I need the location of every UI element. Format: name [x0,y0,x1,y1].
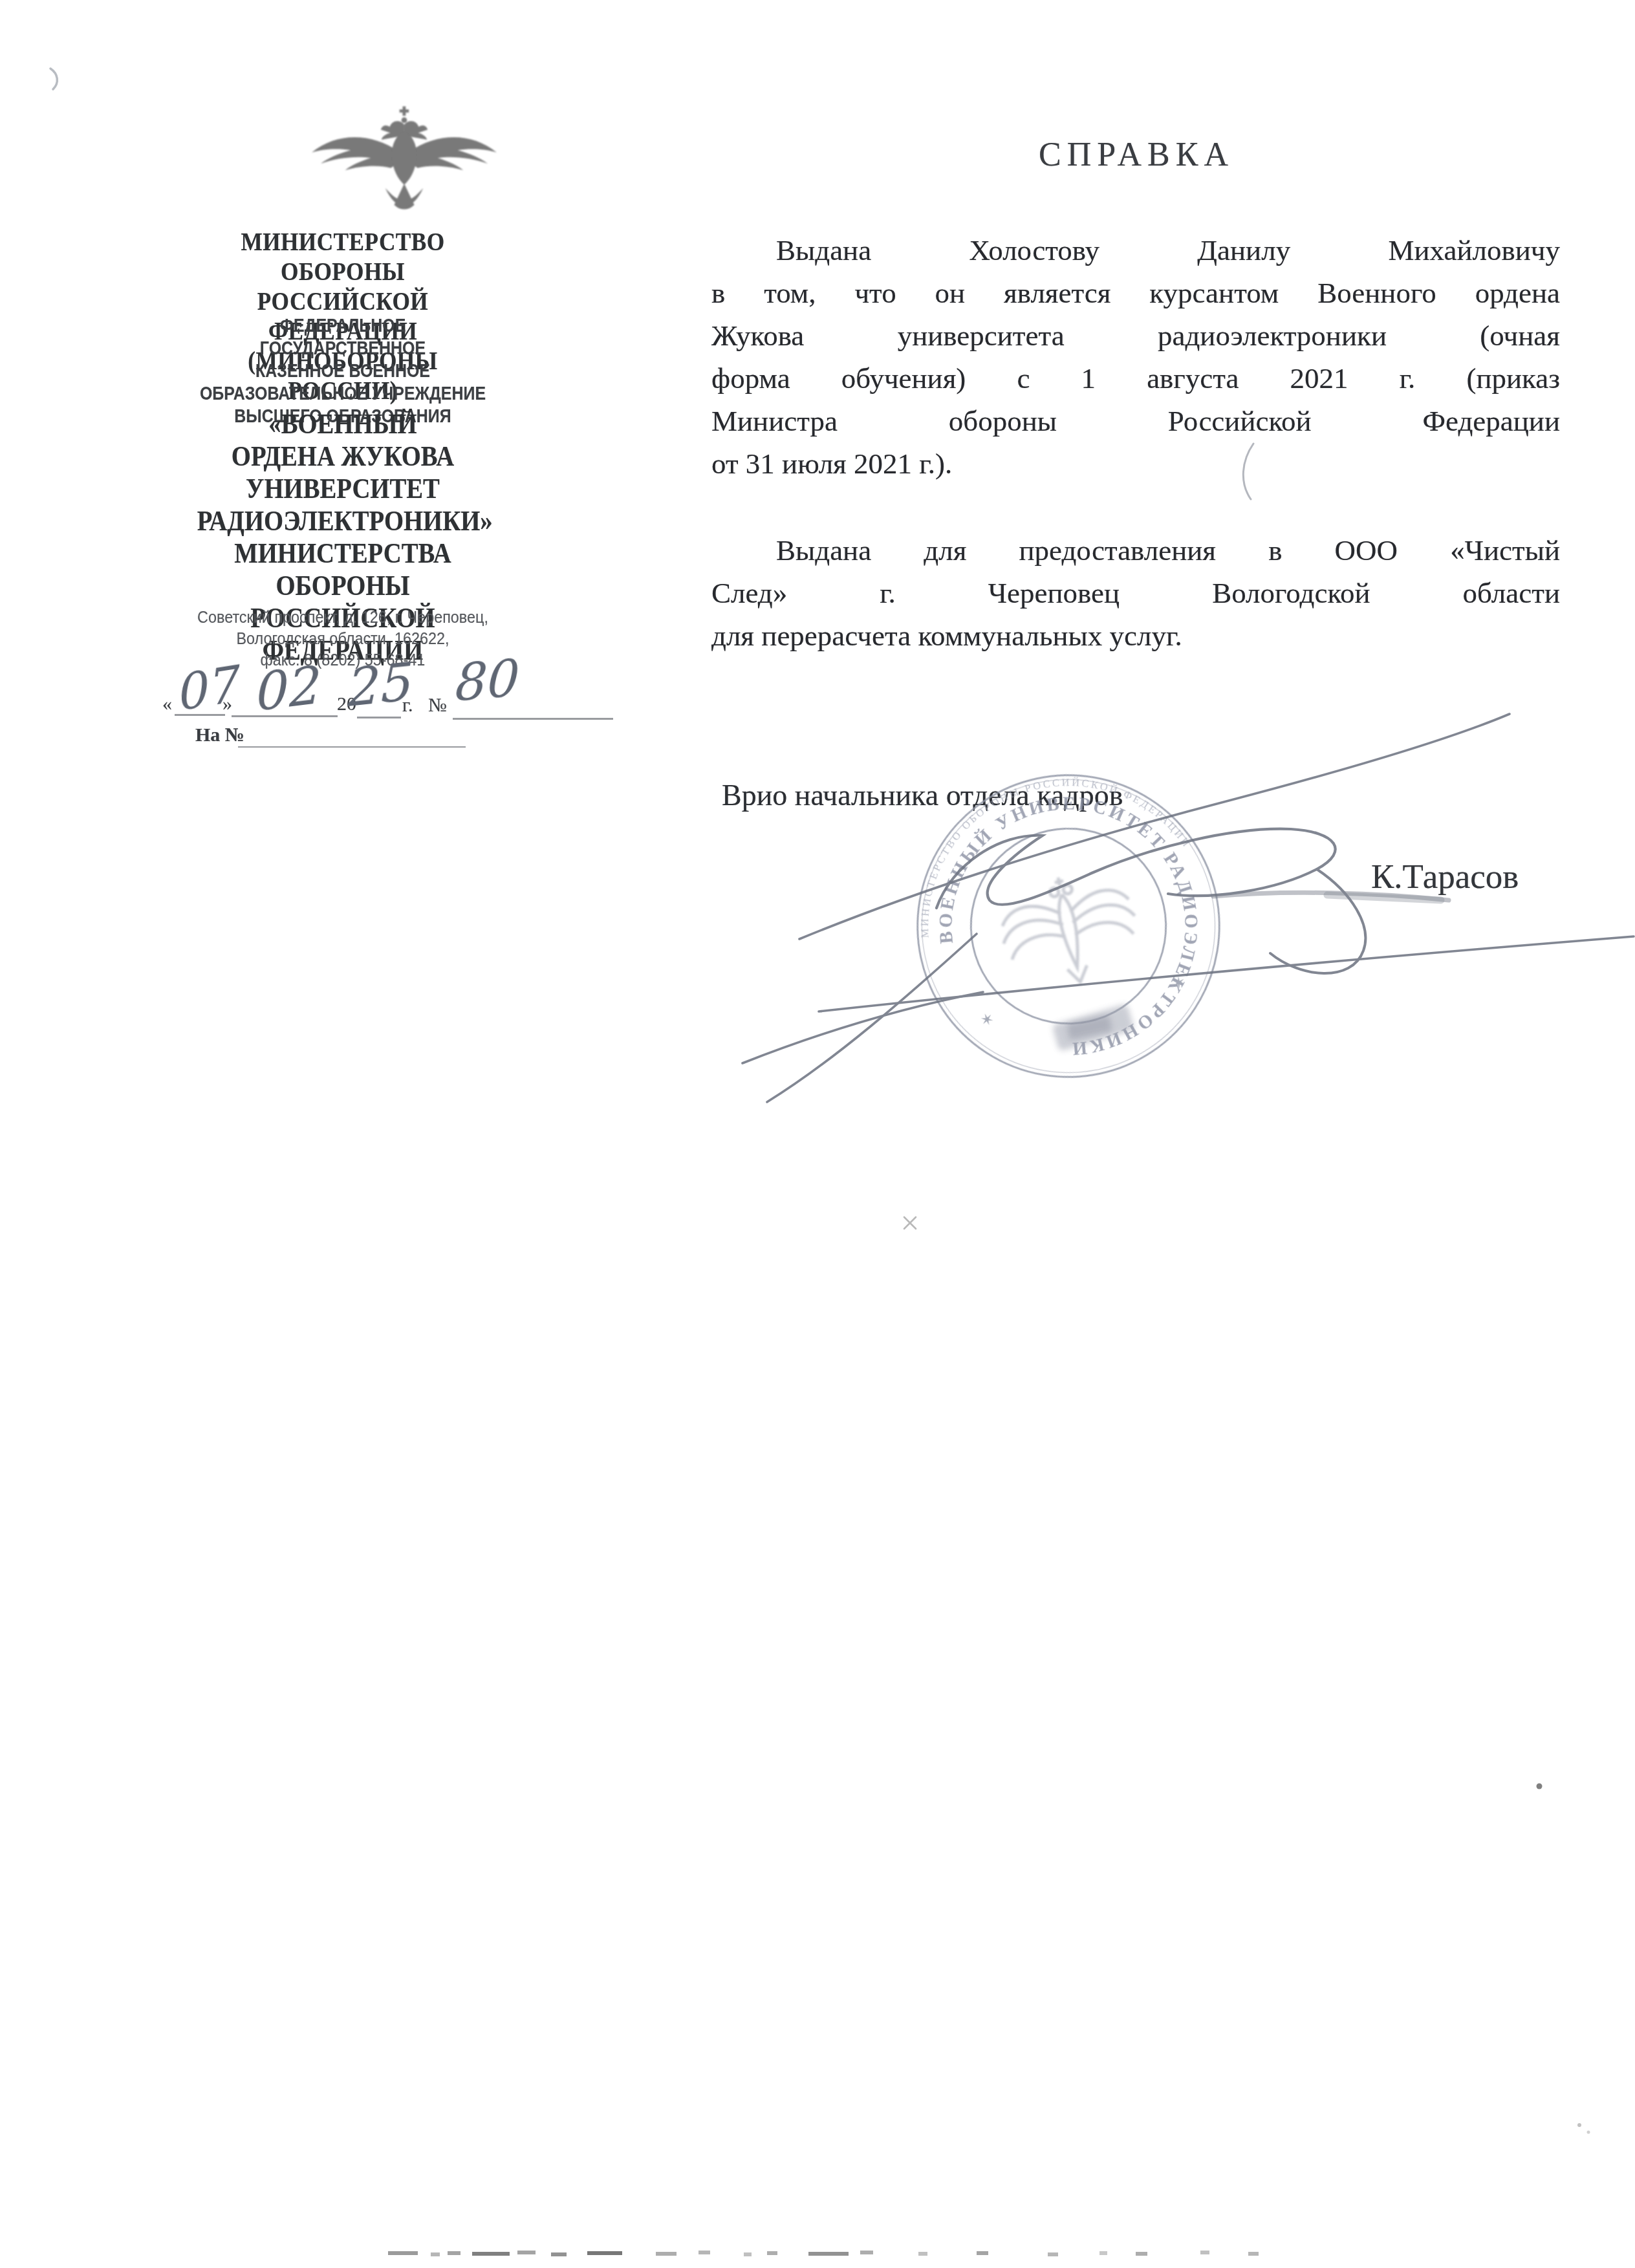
document-page: МИНИСТЕРСТВО ОБОРОНЫ РОССИЙСКОЙ ФЕДЕРАЦИ… [0,0,1635,2268]
scan-mark [50,69,57,89]
scan-speck [1587,2131,1590,2134]
scan-speck [1577,2123,1581,2127]
scan-mark [1243,444,1253,499]
scanner-edge-band [388,2252,1259,2254]
scan-mark [904,1217,916,1229]
scan-artifacts [0,0,1635,2268]
scan-speck [1537,1784,1543,1789]
